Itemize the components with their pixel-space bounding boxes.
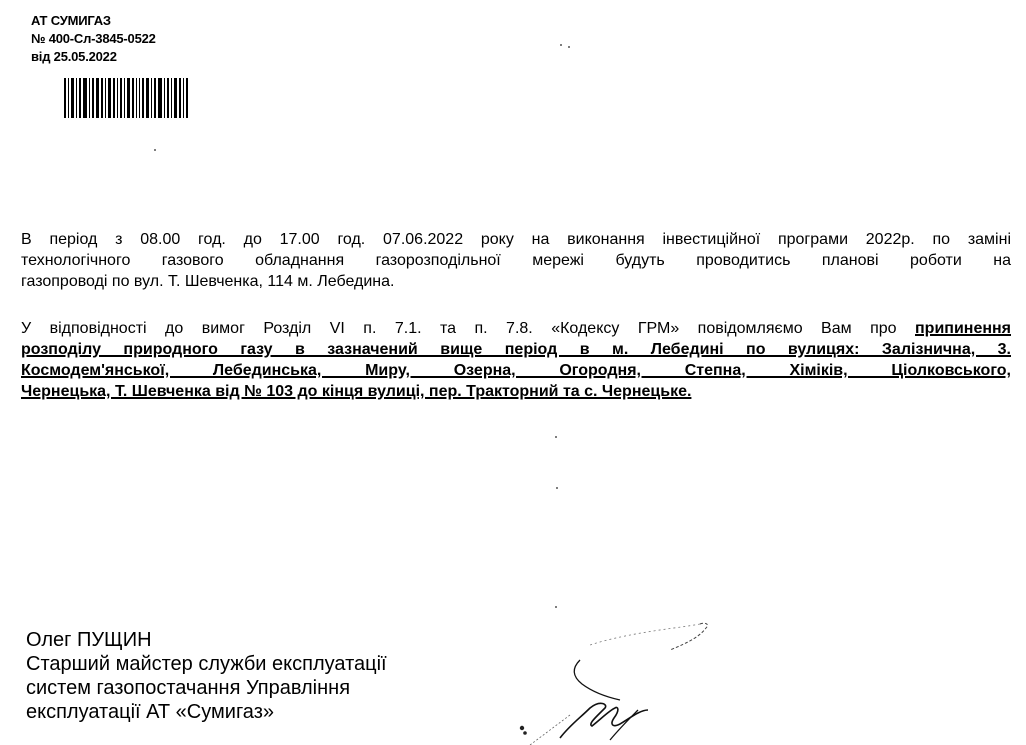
barcode-bar xyxy=(154,78,156,118)
barcode-bar xyxy=(158,78,162,118)
barcode-bar xyxy=(79,78,81,118)
emphasis-line: Космодем'янської, Лебединська, Миру, Озе… xyxy=(21,360,1011,381)
barcode-bar xyxy=(68,78,69,118)
signatory-title: Старший майстер служби експлуатації xyxy=(26,652,387,676)
barcode-bar xyxy=(127,78,130,118)
barcode-bar xyxy=(96,78,99,118)
scan-speck xyxy=(556,487,558,489)
paragraph-line: газопроводі по вул. Т. Шевченка, 114 м. … xyxy=(21,271,1011,292)
barcode-bar xyxy=(92,78,94,118)
barcode-bar xyxy=(179,78,181,118)
handwritten-signature-icon xyxy=(510,600,730,745)
barcode-bar xyxy=(101,78,103,118)
scan-speck xyxy=(555,606,557,608)
paragraph-line: В період з 08.00 год. до 17.00 год. 07.0… xyxy=(21,229,1011,250)
organization-name: АТ СУМИГАЗ xyxy=(31,12,156,30)
scan-speck xyxy=(555,436,557,438)
emphasis-line: розподілу природного газу в зазначений в… xyxy=(21,339,1011,360)
barcode-bar xyxy=(132,78,134,118)
signatory-title: експлуатації АТ «Сумигаз» xyxy=(26,700,387,724)
document-date: від 25.05.2022 xyxy=(31,48,156,66)
scan-speck xyxy=(560,44,562,46)
signatory-name: Олег ПУЩИН xyxy=(26,628,387,652)
barcode-bar xyxy=(171,78,172,118)
barcode-bar xyxy=(71,78,74,118)
paragraph-intro: У відповідності до вимог Розділ VI п. 7.… xyxy=(21,320,915,337)
signatory-block: Олег ПУЩИН Старший майстер служби експлу… xyxy=(26,628,387,724)
barcode-bar xyxy=(113,78,115,118)
barcode-bar xyxy=(186,78,188,118)
barcode-bar xyxy=(89,78,90,118)
barcode-bar xyxy=(142,78,144,118)
barcode-bar xyxy=(83,78,87,118)
scan-speck xyxy=(154,149,156,151)
barcode-bar xyxy=(120,78,122,118)
barcode-bar xyxy=(117,78,118,118)
barcode-bar xyxy=(136,78,137,118)
barcode-bar xyxy=(139,78,140,118)
barcode-bar xyxy=(124,78,125,118)
barcode-bar xyxy=(76,78,77,118)
paragraph-line: технологічного газового обладнання газор… xyxy=(21,250,1011,271)
barcode-bar xyxy=(108,78,111,118)
signatory-title: систем газопостачання Управління xyxy=(26,676,387,700)
barcode-bar xyxy=(164,78,165,118)
barcode-bar xyxy=(146,78,149,118)
document-header: АТ СУМИГАЗ № 400-Сл-3845-0522 від 25.05.… xyxy=(31,12,156,66)
barcode-icon xyxy=(64,78,208,118)
barcode-bar xyxy=(151,78,152,118)
emphasis-text: припинення xyxy=(915,320,1011,337)
scan-speck xyxy=(568,46,570,48)
barcode-bar xyxy=(105,78,106,118)
gas-suspension-paragraph: У відповідності до вимог Розділ VI п. 7.… xyxy=(21,318,1011,402)
barcode-bar xyxy=(167,78,169,118)
paragraph-line: У відповідності до вимог Розділ VI п. 7.… xyxy=(21,318,1011,339)
barcode-bar xyxy=(174,78,177,118)
barcode-bar xyxy=(183,78,184,118)
reference-number: № 400-Сл-3845-0522 xyxy=(31,30,156,48)
work-notice-paragraph: В період з 08.00 год. до 17.00 год. 07.0… xyxy=(21,229,1011,292)
emphasis-line: Чернецька, Т. Шевченка від № 103 до кінц… xyxy=(21,381,1011,402)
barcode-bar xyxy=(64,78,66,118)
